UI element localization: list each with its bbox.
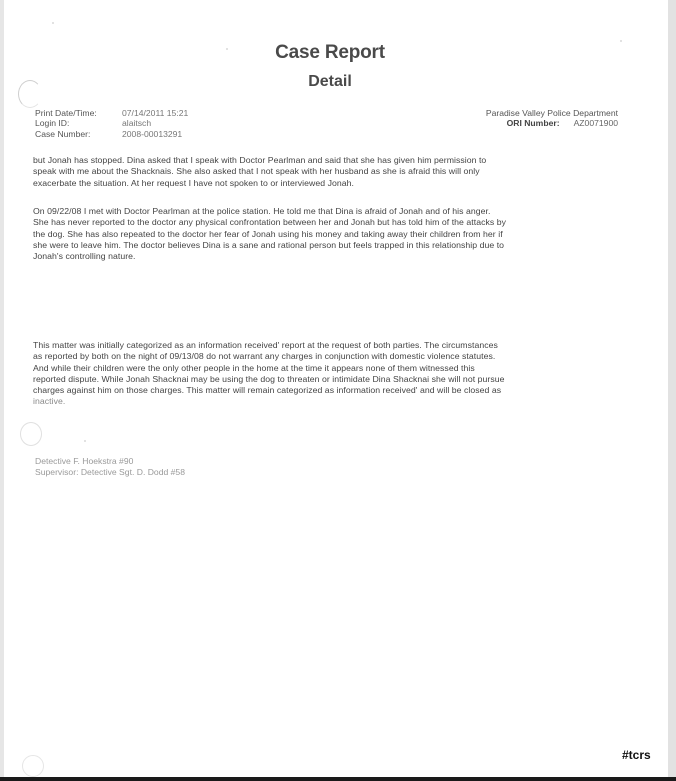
punch-hole-mark-icon [22, 755, 44, 777]
paragraph-line: speak with me about the Shacknais. She a… [33, 166, 633, 177]
page-bottom-border [0, 777, 676, 781]
detective-signature: Detective F. Hoekstra #90 [35, 456, 185, 467]
narrative-paragraph-3: This matter was initially categorized as… [33, 340, 633, 408]
report-title: Case Report [0, 42, 660, 64]
page-right-margin [668, 0, 676, 778]
paragraph-line: reported dispute. While Jonah Shacknai m… [33, 374, 633, 385]
paragraph-line: the dog. She has also repeated to the do… [33, 229, 633, 240]
paragraph-line: charges against him on those charges. Th… [33, 385, 633, 396]
paragraph-line: And while their children were the only o… [33, 363, 633, 374]
paragraph-line: she were to leave him. The doctor believ… [33, 240, 633, 251]
narrative-paragraph-1: but Jonah has stopped. Dina asked that I… [33, 155, 633, 189]
meta-label: Case Number: [35, 129, 122, 139]
department-block: Paradise Valley Police Department ORI Nu… [486, 108, 618, 129]
report-subtitle: Detail [0, 73, 660, 91]
meta-value: 2008-00013291 [122, 129, 182, 139]
report-metadata: Print Date/Time: 07/14/2011 15:21 Login … [35, 108, 188, 139]
paragraph-line: as reported by both on the night of 09/1… [33, 351, 633, 362]
meta-row-print-date: Print Date/Time: 07/14/2011 15:21 [35, 108, 188, 118]
meta-row-login-id: Login ID: alaitsch [35, 118, 188, 128]
narrative-paragraph-2: On 09/22/08 I met with Doctor Pearlman a… [33, 206, 633, 262]
meta-label: Print Date/Time: [35, 108, 122, 118]
paragraph-line: On 09/22/08 I met with Doctor Pearlman a… [33, 206, 633, 217]
meta-row-case-number: Case Number: 2008-00013291 [35, 129, 188, 139]
signature-block: Detective F. Hoekstra #90 Supervisor: De… [35, 456, 185, 478]
paragraph-line: inactive. [33, 396, 633, 407]
page-left-margin [0, 0, 4, 778]
meta-value: alaitsch [122, 118, 151, 128]
department-name: Paradise Valley Police Department [486, 108, 618, 118]
meta-value: 07/14/2011 15:21 [122, 108, 188, 118]
paragraph-line: Jonah's controlling nature. [33, 251, 633, 262]
supervisor-signature: Supervisor: Detective Sgt. D. Dodd #58 [35, 467, 185, 478]
paragraph-line: This matter was initially categorized as… [33, 340, 633, 351]
paragraph-line: exacerbate the situation. At her request… [33, 178, 633, 189]
scan-speck [52, 22, 54, 24]
watermark-tag: #tcrs [622, 748, 651, 762]
scan-speck [84, 440, 86, 442]
punch-hole-mark-icon [20, 422, 42, 446]
paragraph-line: but Jonah has stopped. Dina asked that I… [33, 155, 633, 166]
ori-label: ORI Number: [507, 118, 560, 128]
ori-value: AZ0071900 [574, 118, 618, 128]
ori-row: ORI Number:AZ0071900 [486, 118, 618, 128]
paragraph-line: She has never reported to the doctor any… [33, 217, 633, 228]
meta-label: Login ID: [35, 118, 122, 128]
